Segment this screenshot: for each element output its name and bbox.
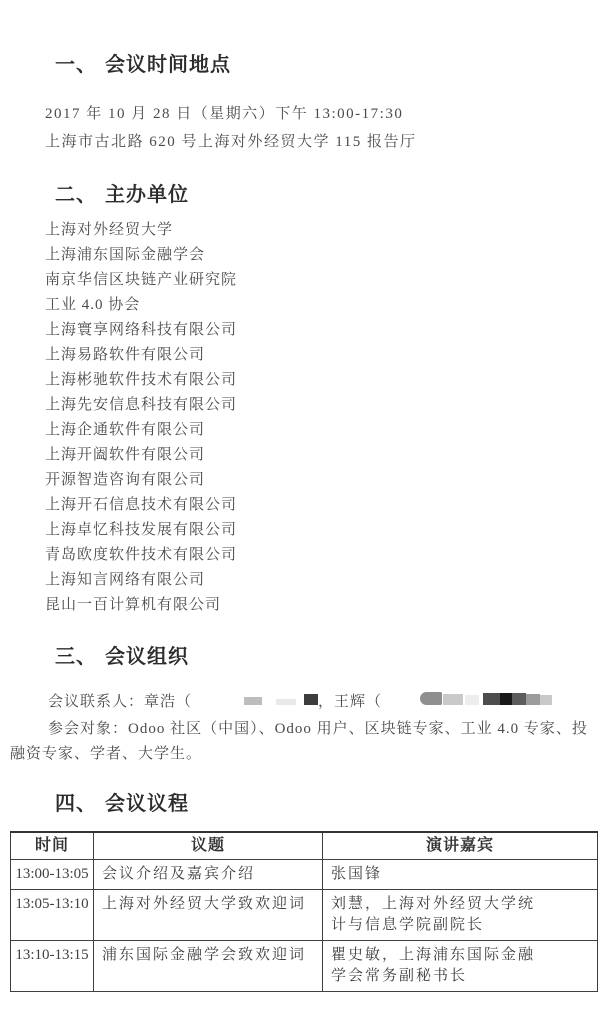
- redaction-blob: [420, 692, 442, 705]
- redaction-blob: [540, 695, 552, 705]
- organizer-item: 上海开石信息技术有限公司: [10, 493, 597, 518]
- document-content: 一、 会议时间地点 2017 年 10 月 28 日（星期六）下午 13:00-…: [0, 52, 600, 992]
- redacted-phone-2: [382, 690, 552, 715]
- document-page: 一、 会议时间地点 2017 年 10 月 28 日（星期六）下午 13:00-…: [0, 0, 600, 1024]
- time-location-block: 2017 年 10 月 28 日（星期六）下午 13:00-17:30 上海市古…: [10, 100, 597, 156]
- agenda-body: 13:00-13:05会议介绍及嘉宾介绍张国锋13:05-13:10上海对外经贸…: [11, 860, 598, 992]
- agenda-time-cell: 13:00-13:05: [11, 860, 94, 890]
- section-2-number: 二、: [55, 182, 97, 208]
- organizer-list: 上海对外经贸大学上海浦东国际金融学会南京华信区块链产业研究院工业 4.0 协会上…: [10, 218, 597, 618]
- agenda-header-cell: 时间: [11, 832, 94, 860]
- redaction-blob: [526, 694, 540, 705]
- section-2-title: 主办单位: [105, 182, 189, 208]
- agenda-table: 时间议题演讲嘉宾 13:00-13:05会议介绍及嘉宾介绍张国锋13:05-13…: [10, 831, 598, 992]
- organizer-item: 开源智造咨询有限公司: [10, 468, 597, 493]
- agenda-topic-cell: 浦东国际金融学会致欢迎词: [94, 941, 323, 992]
- organizer-item: 昆山一百计算机有限公司: [10, 593, 597, 618]
- organizer-item: 上海易路软件有限公司: [10, 343, 597, 368]
- redaction-blob: [483, 693, 500, 705]
- agenda-header-row: 时间议题演讲嘉宾: [11, 832, 598, 860]
- contact-prefix: 会议联系人：章浩（: [48, 694, 192, 710]
- agenda-topic-cell: 上海对外经贸大学致欢迎词: [94, 890, 323, 941]
- agenda-row: 13:10-13:15浦东国际金融学会致欢迎词瞿史敏，上海浦东国际金融 学会常务…: [11, 941, 598, 992]
- contact-mid: ，王辉（: [318, 694, 382, 710]
- redaction-blob: [304, 694, 318, 705]
- agenda-header-cell: 议题: [94, 832, 323, 860]
- agenda-guest-cell: 张国锋: [323, 860, 598, 890]
- organizer-item: 上海寰享网络科技有限公司: [10, 318, 597, 343]
- section-1-title: 会议时间地点: [105, 52, 231, 78]
- section-4-title: 会议议程: [105, 791, 189, 817]
- organizer-item: 南京华信区块链产业研究院: [10, 268, 597, 293]
- agenda-topic-cell: 会议介绍及嘉宾介绍: [94, 860, 323, 890]
- redaction-blob: [443, 694, 463, 705]
- redaction-blob: [276, 699, 296, 705]
- agenda-row: 13:05-13:10上海对外经贸大学致欢迎词刘慧，上海对外经贸大学统 计与信息…: [11, 890, 598, 941]
- organizer-item: 上海卓忆科技发展有限公司: [10, 518, 597, 543]
- section-1-number: 一、: [55, 52, 97, 78]
- conference-venue-line: 上海市古北路 620 号上海对外经贸大学 115 报告厅: [10, 128, 597, 156]
- section-2-heading: 二、 主办单位: [55, 182, 597, 208]
- agenda-row: 13:00-13:05会议介绍及嘉宾介绍张国锋: [11, 860, 598, 890]
- redaction-blob: [512, 693, 526, 705]
- organizer-item: 上海先安信息科技有限公司: [10, 393, 597, 418]
- agenda-guest-cell: 瞿史敏，上海浦东国际金融 学会常务副秘书长: [323, 941, 598, 992]
- organizer-item: 上海开阖软件有限公司: [10, 443, 597, 468]
- organizer-item: 青岛欧度软件技术有限公司: [10, 543, 597, 568]
- organizer-item: 上海对外经贸大学: [10, 218, 597, 243]
- redacted-phone-1: [192, 690, 318, 715]
- agenda-guest-cell: 刘慧，上海对外经贸大学统 计与信息学院副院长: [323, 890, 598, 941]
- redaction-blob: [244, 697, 262, 705]
- agenda-header-cell: 演讲嘉宾: [323, 832, 598, 860]
- organizer-item: 上海浦东国际金融学会: [10, 243, 597, 268]
- conference-date-line: 2017 年 10 月 28 日（星期六）下午 13:00-17:30: [10, 100, 597, 128]
- agenda-time-cell: 13:05-13:10: [11, 890, 94, 941]
- section-4-number: 四、: [55, 791, 97, 817]
- organizer-item: 上海彬驰软件技术有限公司: [10, 368, 597, 393]
- section-4-heading: 四、 会议议程: [55, 791, 597, 817]
- organizer-item: 上海企通软件有限公司: [10, 418, 597, 443]
- agenda-time-cell: 13:10-13:15: [11, 941, 94, 992]
- contact-line: 会议联系人：章浩（，王辉（: [10, 690, 597, 715]
- attendees-paragraph: 参会对象：Odoo 社区（中国）、Odoo 用户、区块链专家、工业 4.0 专家…: [10, 717, 597, 767]
- section-3-number: 三、: [55, 644, 97, 670]
- organizer-item: 上海知言网络有限公司: [10, 568, 597, 593]
- section-3-title: 会议组织: [105, 644, 189, 670]
- organizer-item: 工业 4.0 协会: [10, 293, 597, 318]
- section-1-heading: 一、 会议时间地点: [55, 52, 597, 78]
- redaction-blob: [465, 695, 479, 705]
- redaction-blob: [500, 693, 512, 705]
- section-3-heading: 三、 会议组织: [55, 644, 597, 670]
